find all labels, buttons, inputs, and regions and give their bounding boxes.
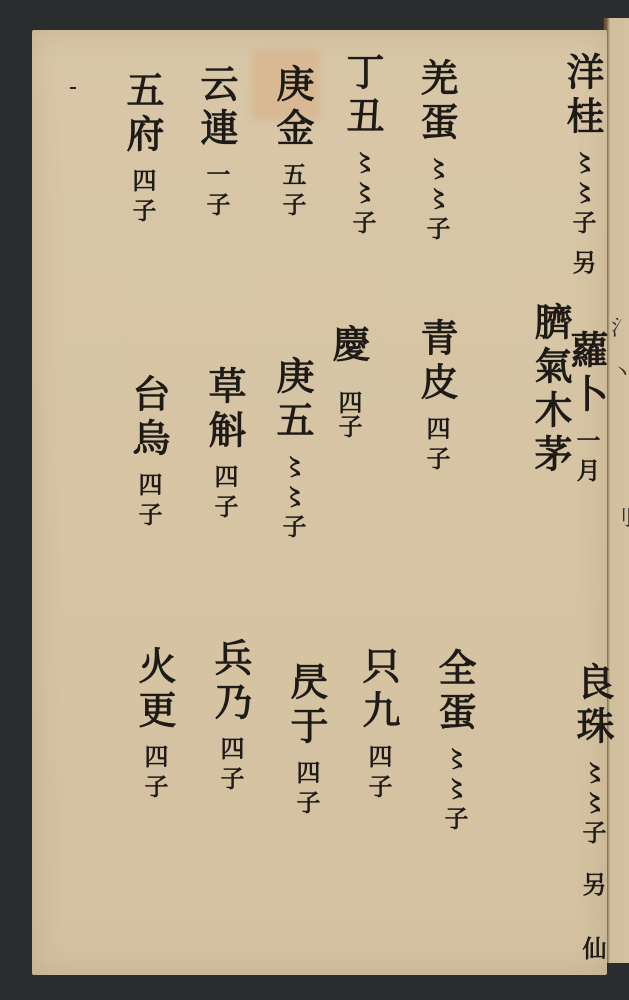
entry-quantity: 五子 [280, 162, 304, 222]
entry-quantity: 一子 [204, 162, 228, 222]
entry-middle-6: 草斛 四子 [186, 366, 262, 524]
entry-quantity: 四子 [212, 464, 236, 524]
entry-name: 羌蛋 [417, 58, 455, 146]
entry-remark: 仙 [580, 936, 604, 960]
entry-name: 全蛋 [435, 648, 473, 736]
entry-quantity: 四子 [136, 472, 160, 532]
entry-middle-heading: 臍氣木茅 [474, 302, 626, 478]
entry-quantity: 〻〻子 [580, 760, 604, 850]
entry-name: 庚金 [273, 64, 311, 152]
entry-bottom-6: 火更 四子 [116, 646, 192, 804]
entry-quantity: 〻〻子 [442, 746, 466, 836]
entry-top-1: 洋桂 〻〻子 另 [544, 52, 620, 280]
entry-middle-4: 慶 四子 [324, 324, 372, 438]
entry-name: 昃于 [287, 662, 325, 750]
entry-quantity: 四子 [366, 744, 390, 804]
entry-quantity: 四子 [294, 760, 318, 820]
entry-name: 慶 [329, 324, 367, 368]
entry-name: 洋桂 [563, 52, 601, 140]
entry-bottom-2: 全蛋 〻〻子 [416, 648, 492, 836]
entry-quantity: 四子 [142, 744, 166, 804]
entry-name: 良珠 [573, 662, 611, 750]
entry-name: 兵乃 [211, 638, 249, 726]
entry-bottom-1: 良珠 〻〻子 另 仙 [554, 662, 629, 960]
entry-bottom-5: 兵乃 四子 [192, 638, 268, 796]
entry-quantity: 四子 [336, 390, 360, 438]
entry-remark: 另 [570, 250, 594, 280]
entry-name: 庚五 [273, 356, 311, 444]
entry-remark: 另 [580, 872, 604, 896]
entry-middle-3: 青皮 四子 [398, 318, 474, 476]
entry-name: 草斛 [205, 366, 243, 454]
entry-quantity: 四子 [424, 416, 448, 476]
adjacent-page-glyph: 刂 [611, 508, 629, 530]
entry-middle-7: 台烏 四子 [110, 374, 186, 532]
entry-top-2: 羌蛋 〻〻子 [398, 58, 474, 246]
entry-name: 青皮 [417, 318, 455, 406]
entry-bottom-3: 只九 四子 [340, 646, 416, 804]
entry-middle-5: 庚五 〻〻子 [254, 356, 330, 544]
entry-top-3: 丁丑 〻〻子 [324, 52, 400, 240]
entry-name: 台烏 [129, 374, 167, 462]
entry-name: 五府 [123, 70, 161, 158]
entry-name: 火更 [135, 646, 173, 734]
entry-quantity: 四子 [130, 168, 154, 228]
entry-name: 丁丑 [343, 52, 381, 140]
entry-quantity: 〻〻子 [570, 150, 594, 240]
entry-quantity: 〻〻子 [424, 156, 448, 246]
entry-bottom-4: 昃于 四子 [268, 662, 344, 820]
entry-name: 云連 [197, 64, 235, 152]
entry-top-4: 庚金 五子 [254, 64, 330, 222]
entry-quantity: 〻〻子 [280, 454, 304, 544]
entry-name: 只九 [359, 646, 397, 734]
entry-top-6: 五府 四子 [104, 70, 180, 228]
entry-quantity: 〻〻子 [350, 150, 374, 240]
ink-speck [70, 87, 76, 89]
manuscript-page: 洋桂 〻〻子 另 羌蛋 〻〻子 丁丑 〻〻子 庚金 五子 云連 一子 五府 四子… [32, 30, 607, 975]
section-heading: 臍氣木茅 [531, 302, 569, 478]
entry-top-5: 云連 一子 [178, 64, 254, 222]
entry-quantity: 四子 [218, 736, 242, 796]
